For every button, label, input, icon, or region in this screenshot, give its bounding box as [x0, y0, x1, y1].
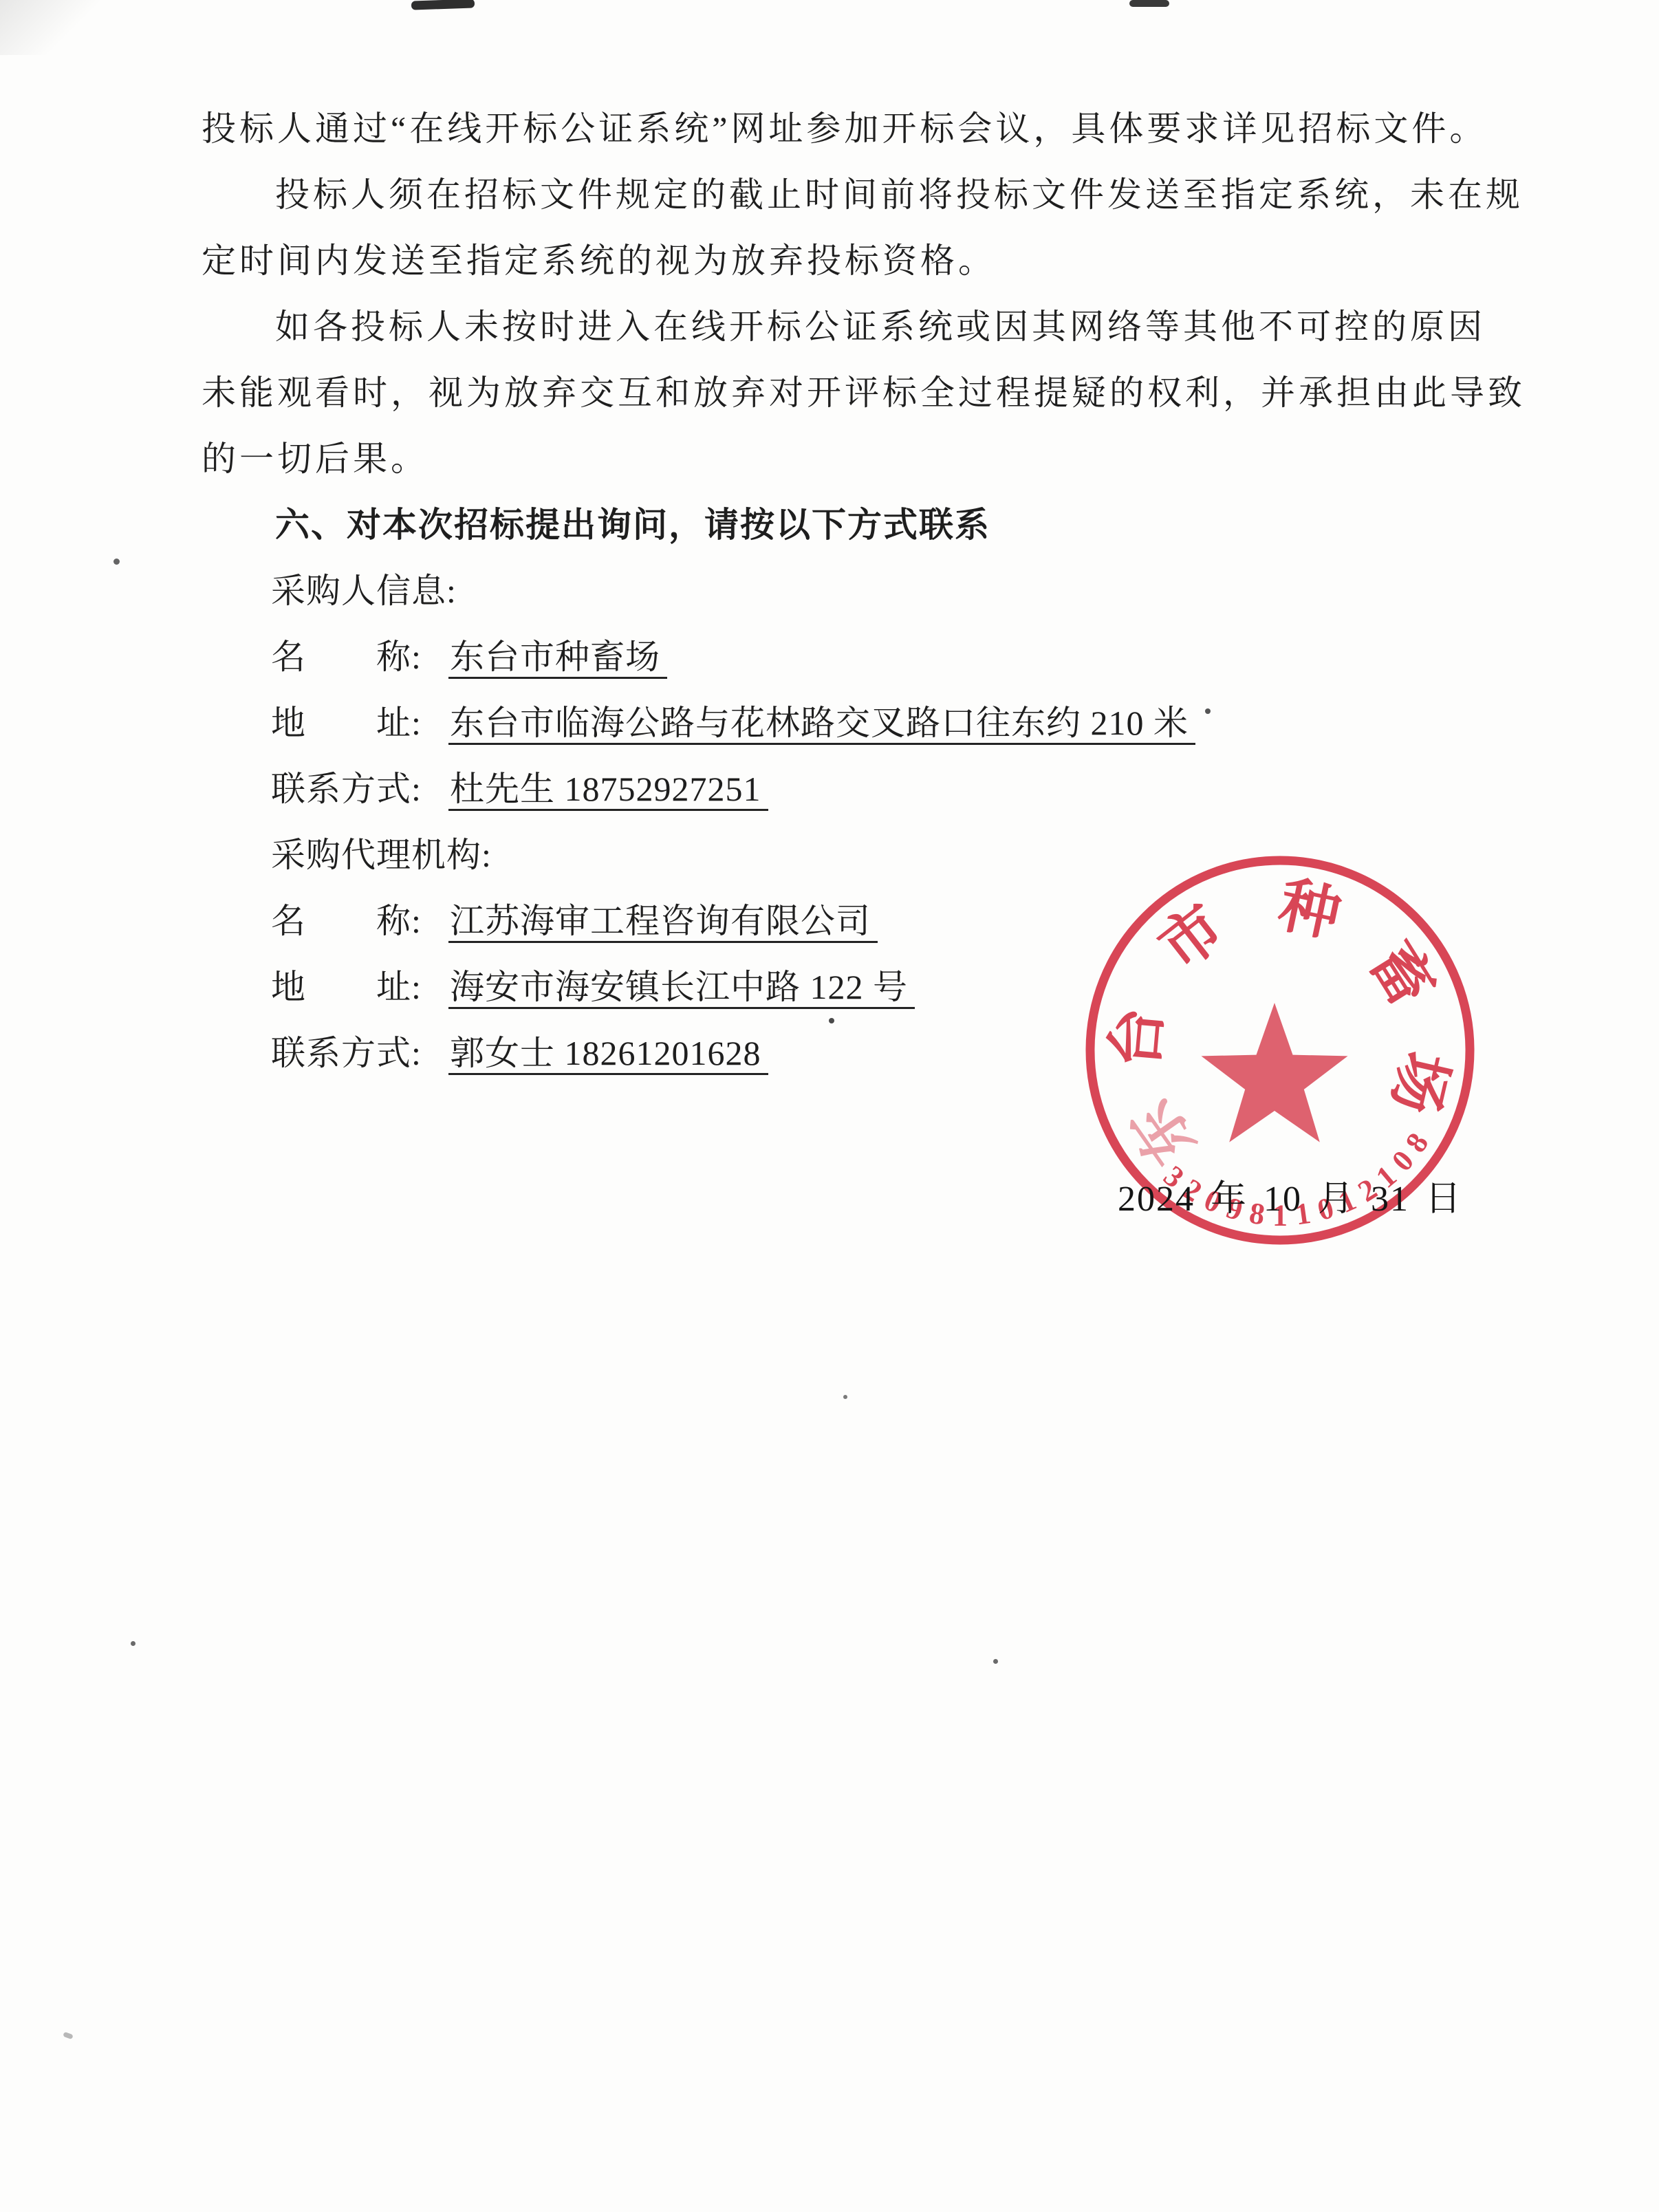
paragraph-line: 如各投标人未按时进入在线开标公证系统或因其网络等其他不可控的原因: [275, 294, 1659, 360]
purchaser-name-row: 名 称:东台市种畜场: [271, 624, 1659, 690]
name-label: 名 称:: [271, 624, 444, 690]
scan-speck: [131, 1641, 135, 1646]
seal-char: 种: [1273, 872, 1346, 950]
agency-contact-value: 郭女士 18261201628: [448, 1034, 768, 1075]
paragraph-line: 定时间内发送至指定系统的视为放弃投标资格。: [202, 228, 1659, 294]
agency-name-value: 江苏海审工程咨询有限公司: [448, 902, 878, 943]
scan-speck: [993, 1659, 998, 1664]
purchaser-info-header: 采购人信息:: [271, 558, 1659, 624]
purchaser-contact-value: 杜先生 18752927251: [448, 770, 768, 811]
scan-speck: [829, 1018, 834, 1023]
address-label: 地 址:: [271, 690, 444, 756]
seal-date: 2024 年 10 月 31 日: [1118, 1169, 1462, 1221]
scan-speck: [843, 1395, 847, 1399]
scan-speck: [113, 559, 120, 565]
contact-label: 联系方式:: [271, 1020, 444, 1086]
paragraph-line: 的一切后果。: [202, 426, 1659, 492]
contact-label: 联系方式:: [271, 756, 444, 822]
seal-char: 畜: [1356, 931, 1445, 1018]
paragraph-line: 未能观看时，视为放弃交互和放弃对开评标全过程提疑的权利，并承担由此导致: [202, 360, 1659, 426]
section-heading: 六、对本次招标提出询问，请按以下方式联系: [275, 492, 1659, 558]
purchaser-contact-row: 联系方式:杜先生 18752927251: [271, 756, 1659, 822]
paragraph-line: 投标人通过“在线开标公证系统”网址参加开标会议，具体要求详见招标文件。: [202, 96, 1659, 162]
seal-char: 场: [1380, 1045, 1458, 1120]
seal-star-icon: [1202, 1003, 1348, 1142]
scan-speck: [63, 2032, 74, 2039]
scan-speck: [1205, 708, 1211, 714]
paragraph-line: 投标人须在招标文件规定的截止时间前将投标文件发送至指定系统，未在规: [275, 162, 1659, 228]
purchaser-address-row: 地 址:东台市临海公路与花林路交叉路口往东约 210 米: [271, 690, 1659, 756]
purchaser-address-value: 东台市临海公路与花林路交叉路口往东约 210 米: [448, 704, 1195, 745]
scan-artifact: [1129, 0, 1169, 7]
agency-address-value: 海安市海安镇长江中路 122 号: [448, 968, 915, 1009]
scan-smudge: [0, 0, 103, 55]
seal-char: 台: [1103, 1005, 1174, 1071]
address-label: 地 址:: [271, 954, 444, 1020]
purchaser-name-value: 东台市种畜场: [448, 638, 667, 679]
name-label: 名 称:: [271, 888, 444, 954]
